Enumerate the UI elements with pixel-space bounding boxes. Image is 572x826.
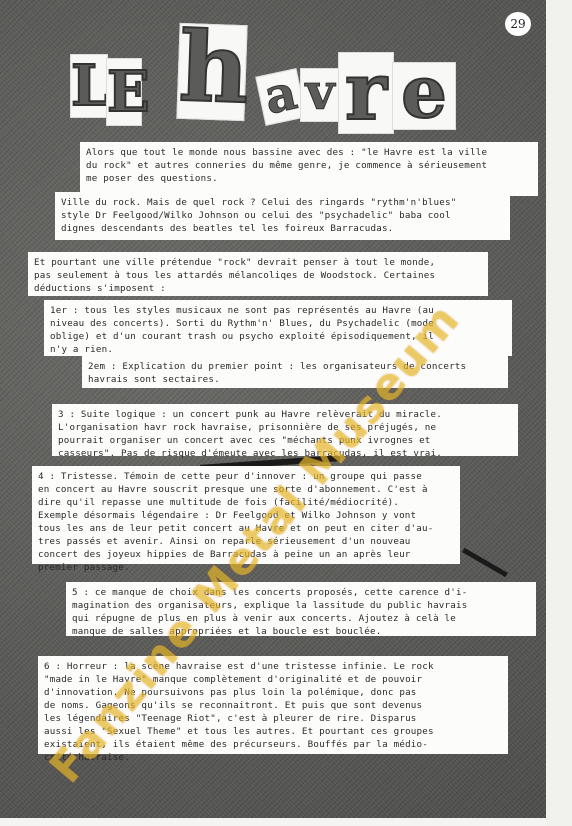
page-number: 29 [505, 12, 531, 36]
paragraph-et-pourtant: Et pourtant une ville prétendue "rock" d… [28, 252, 488, 296]
paragraph-point-2: 2em : Explication du premier point : les… [82, 356, 508, 388]
paragraph-point-3: 3 : Suite logique : un concert punk au H… [52, 404, 518, 456]
paragraph-point-5: 5 : ce manque de choix dans les concerts… [66, 582, 536, 636]
fanzine-page: 29 L E h a v r e Alors que tout le monde… [0, 0, 546, 818]
title-letter: r [338, 52, 394, 134]
title-letter: v [300, 68, 340, 122]
scan-margin [546, 0, 572, 826]
title-letter: E [106, 58, 142, 126]
title-letter: h [176, 23, 247, 121]
paragraph-point-6: 6 : Horreur : la scène havraise est d'un… [38, 656, 508, 754]
paragraph-point-4: 4 : Tristesse. Témoin de cette peur d'in… [32, 466, 460, 564]
page-title: L E h a v r e [68, 22, 488, 132]
title-letter: L [70, 54, 108, 118]
paragraph-ville-du-rock: Ville du rock. Mais de quel rock ? Celui… [55, 192, 510, 240]
paragraph-intro: Alors que tout le monde nous bassine ave… [80, 142, 538, 196]
paragraph-point-1: 1er : tous les styles musicaux ne sont p… [44, 300, 512, 356]
title-letter: e [392, 62, 456, 130]
